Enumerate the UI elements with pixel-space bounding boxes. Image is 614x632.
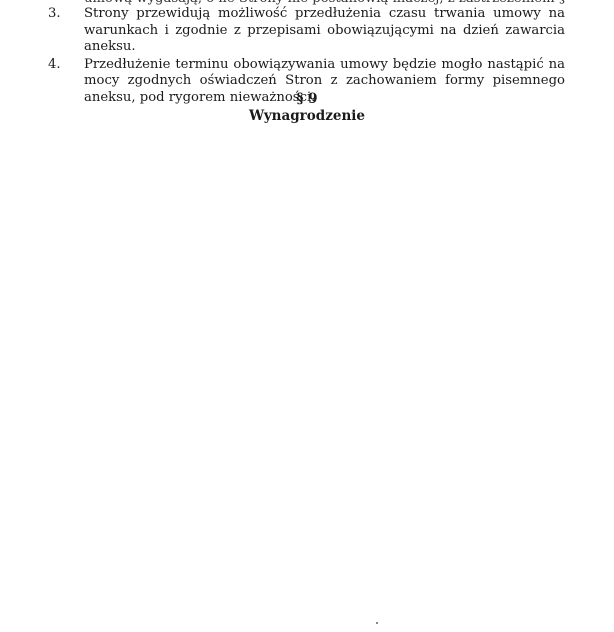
list-item-number: 4. bbox=[48, 57, 61, 74]
section-title: Wynagrodzenie bbox=[0, 108, 614, 125]
section-number: § 9 bbox=[0, 91, 614, 108]
list-item: 3. Strony przewidują możliwość przedłuże… bbox=[48, 6, 565, 56]
section-heading: § 9 Wynagrodzenie bbox=[0, 91, 614, 125]
document-page: umową wygasają, o ile Strony nie postano… bbox=[0, 0, 614, 632]
list-item-text: Strony przewidują możliwość przedłużenia… bbox=[84, 6, 565, 56]
list-item-number: 3. bbox=[48, 6, 61, 23]
scan-artifact bbox=[376, 622, 378, 624]
